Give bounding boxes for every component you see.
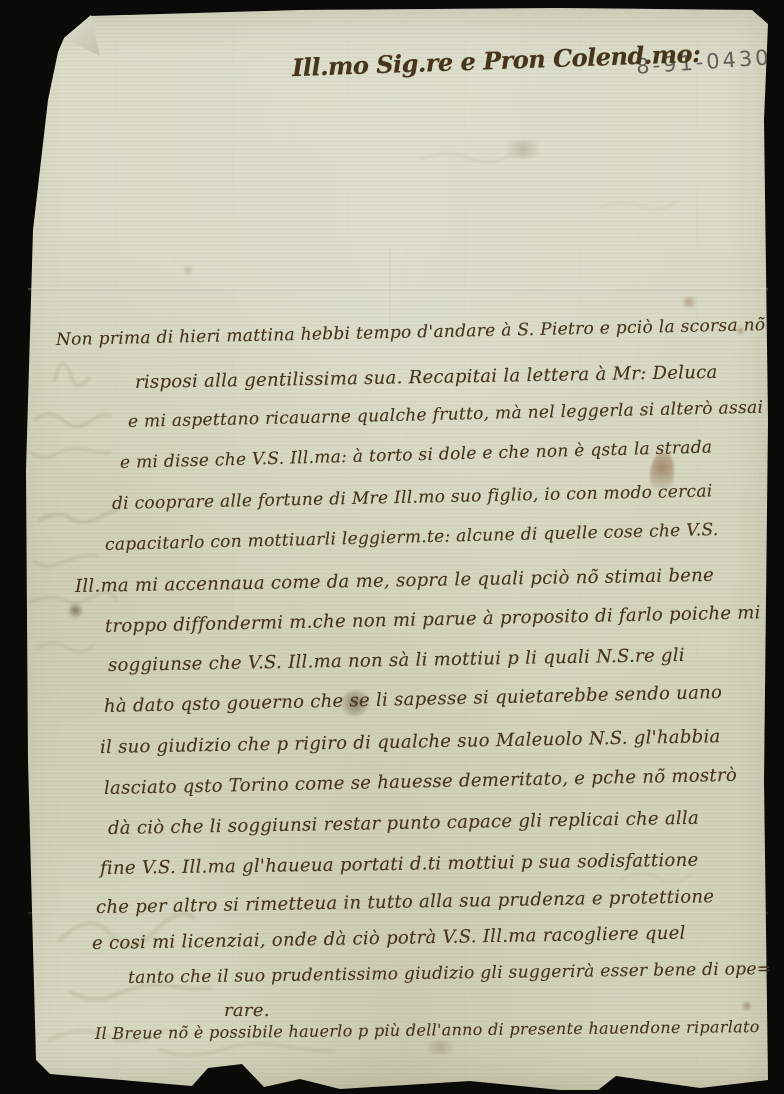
manuscript-line: rare.: [224, 1000, 270, 1021]
scanned-manuscript-page: 8-91-0430 Ill.mo Sig.re e Pron Colend.mo…: [0, 0, 784, 1094]
